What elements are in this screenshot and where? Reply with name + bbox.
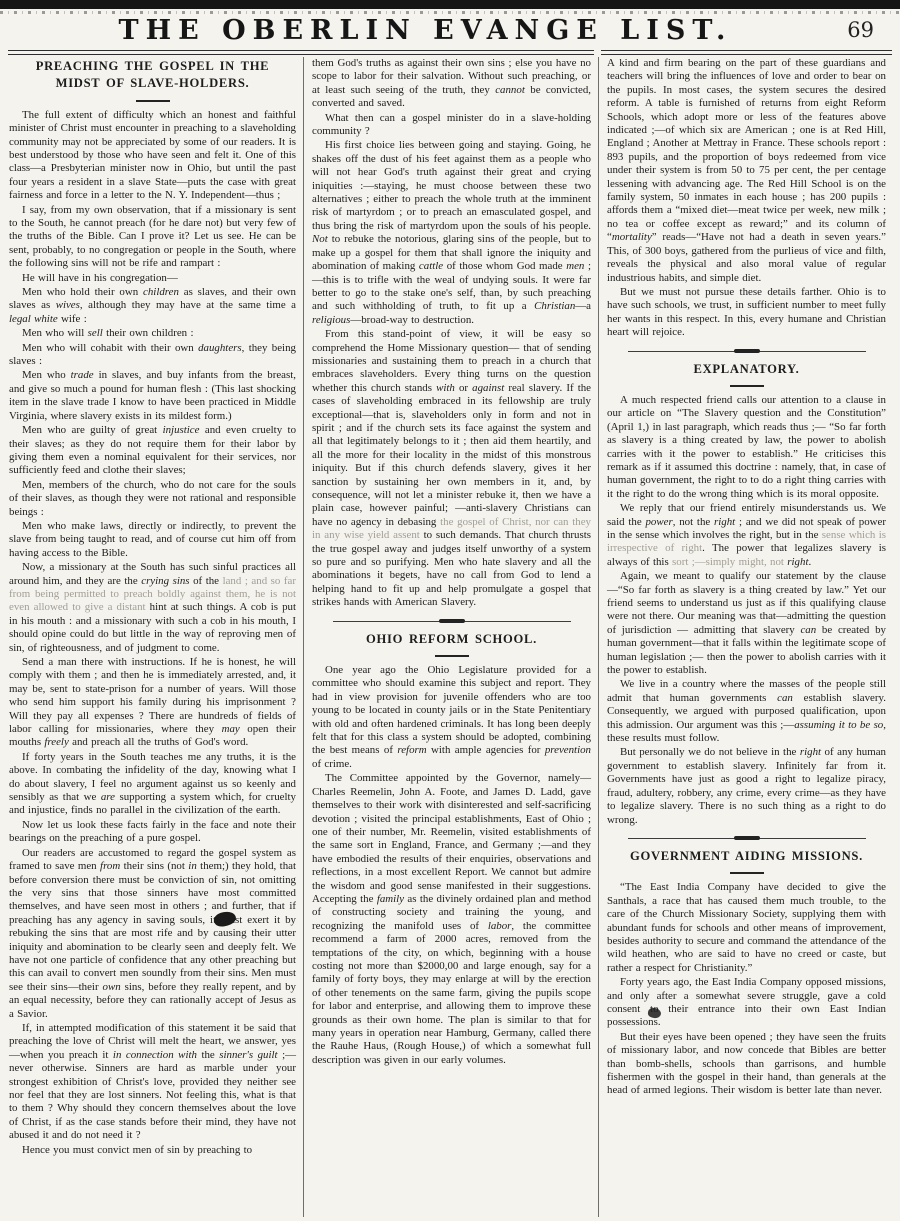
paragraph: Now, a missionary at the South has such … (9, 561, 296, 655)
paragraph: But we must not pursue these details far… (607, 286, 886, 340)
masthead: THE OBERLIN EVANGE LIST. 69 (0, 15, 900, 49)
paragraph: Men who will cohabit with their own daug… (9, 342, 296, 369)
paragraph: From this stand-point of view, it will b… (312, 328, 591, 610)
torn-top-edge (0, 0, 900, 9)
double-rule-right (601, 50, 892, 55)
paragraph: Hence you must convict men of sin by pre… (9, 1144, 296, 1157)
paragraph: But their eyes have been opened ; they h… (607, 1031, 886, 1098)
paragraph: We reply that our friend entirely misund… (607, 502, 886, 569)
article-divider (628, 838, 866, 839)
paragraph: One year ago the Ohio Legislature provid… (312, 664, 591, 771)
article-divider (628, 351, 866, 352)
newspaper-title: THE OBERLIN EVANGE LIST. (119, 15, 733, 46)
paragraph: Forty years ago, the East India Company … (607, 976, 886, 1030)
heading-divider (730, 385, 764, 387)
paragraph: If forty years in the South teaches me a… (9, 751, 296, 818)
heading-divider (435, 655, 469, 657)
paragraph: Men who trade in slaves, and buy infants… (9, 369, 296, 423)
paragraph: Now let us look these facts fairly in th… (9, 819, 296, 846)
paragraph: Men who make laws, directly or indirectl… (9, 520, 296, 560)
paragraph: I say, from my own observation, that if … (9, 204, 296, 271)
double-rule-left (8, 50, 594, 55)
columns-container: PREACHING THE GOSPEL IN THE MIDST OF SLA… (8, 57, 893, 1217)
article-heading: PREACHING THE GOSPEL IN THE MIDST OF SLA… (15, 58, 290, 93)
article-heading: GOVERNMENT AIDING MISSIONS. (613, 848, 880, 865)
column-2: them God's truths as against their own s… (303, 57, 598, 1217)
paragraph: Men, members of the church, who do not c… (9, 479, 296, 519)
article-heading: EXPLANATORY. (613, 361, 880, 378)
paragraph: Men who hold their own children as slave… (9, 286, 296, 326)
paragraph: Send a man there with instructions. If h… (9, 656, 296, 750)
paragraph: He will have in his congregation— (9, 272, 296, 285)
column-3: A kind and firm bearing on the part of t… (598, 57, 893, 1217)
top-speckle-line (0, 11, 900, 14)
paragraph: Men who are guilty of great injustice an… (9, 424, 296, 478)
page-number: 69 (847, 18, 874, 42)
column-1: PREACHING THE GOSPEL IN THE MIDST OF SLA… (8, 57, 303, 1217)
paragraph: If, in attempted modification of this st… (9, 1022, 296, 1143)
paragraph: A much respected friend calls our attent… (607, 394, 886, 501)
paragraph: The full extent of difficulty which an h… (9, 109, 296, 203)
paragraph: But personally we do not believe in the … (607, 746, 886, 826)
paragraph: them God's truths as against their own s… (312, 57, 591, 111)
newspaper-page: THE OBERLIN EVANGE LIST. 69 PREACHING TH… (0, 0, 900, 1221)
heading-divider (136, 100, 170, 102)
paragraph: We live in a country where the masses of… (607, 678, 886, 745)
paragraph: His first choice lies between going and … (312, 139, 591, 327)
heading-divider (730, 872, 764, 874)
article-heading: OHIO REFORM SCHOOL. (318, 631, 585, 648)
paragraph: The Committee appointed by the Governor,… (312, 772, 591, 1067)
paragraph: Our readers are accustomed to regard the… (9, 847, 296, 1021)
article-divider (333, 621, 571, 622)
paragraph: A kind and firm bearing on the part of t… (607, 57, 886, 285)
paragraph: Men who will sell their own children : (9, 327, 296, 340)
paragraph: What then can a gospel minister do in a … (312, 112, 591, 139)
paragraph: Again, we meant to qualify our statement… (607, 570, 886, 677)
paragraph: “The East India Company have decided to … (607, 881, 886, 975)
